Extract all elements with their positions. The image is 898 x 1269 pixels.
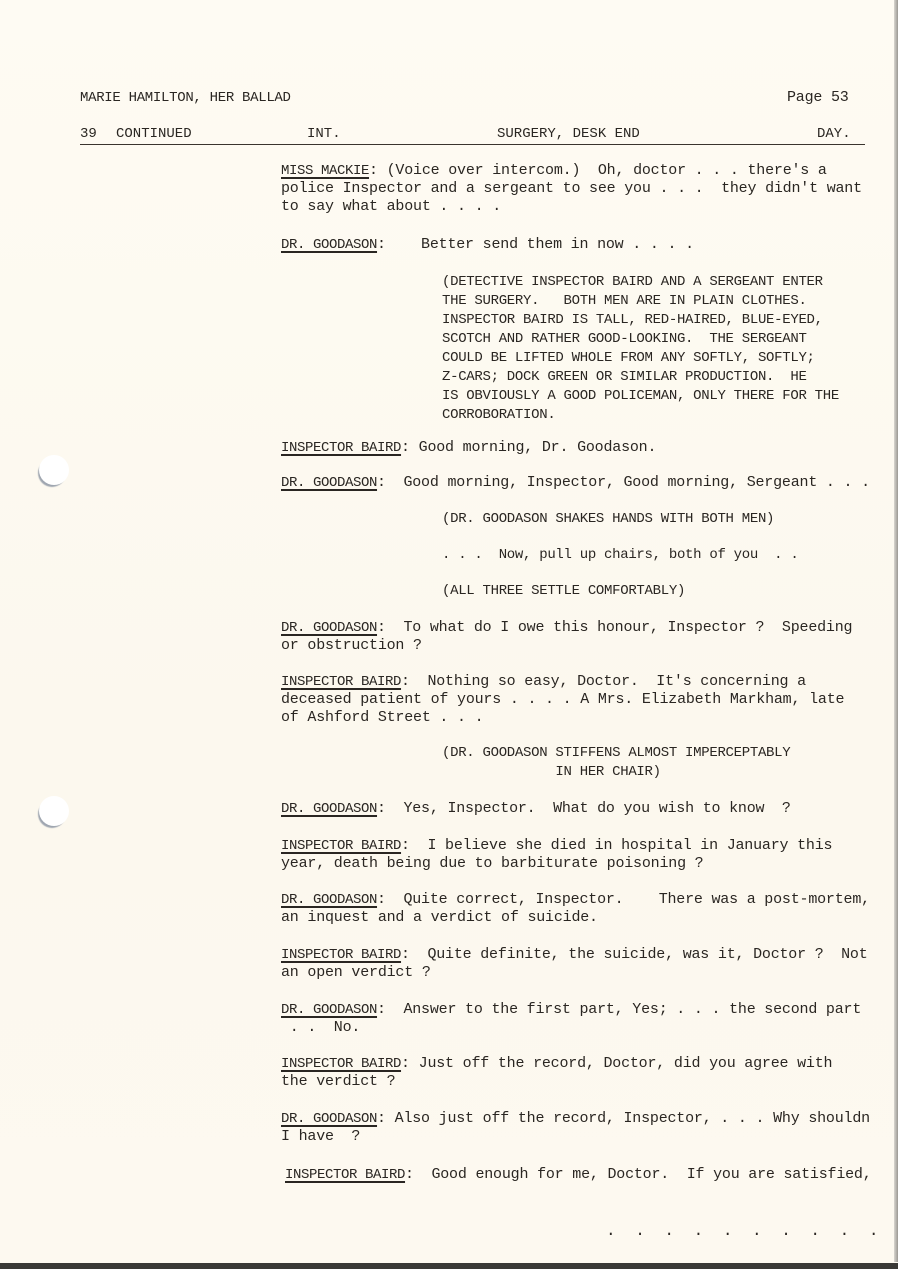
script-line: INSPECTOR BAIRD: Good enough for me, Doc… [285, 1166, 872, 1184]
script-line: to say what about . . . . [281, 198, 862, 216]
speaker-name: INSPECTOR BAIRD [281, 1056, 401, 1072]
dialogue-block: DR. GOODASON: Also just off the record, … [281, 1110, 870, 1146]
speaker-colon: : [377, 474, 386, 491]
speaker-name: INSPECTOR BAIRD [285, 1167, 405, 1183]
script-line: DR. GOODASON: Yes, Inspector. What do yo… [281, 800, 791, 818]
script-line: INSPECTOR BAIRD: Nothing so easy, Doctor… [281, 673, 844, 691]
line-text: or obstruction ? [281, 637, 422, 654]
scene-heading: 39 CONTINUED INT. SURGERY, DESK END DAY. [80, 125, 865, 145]
line-text: Nothing so easy, Doctor. It's concerning… [410, 673, 806, 690]
script-line: or obstruction ? [281, 637, 852, 655]
dialogue-block: MISS MACKIE: (Voice over intercom.) Oh, … [281, 162, 862, 216]
line-text: Quite definite, the suicide, was it, Doc… [410, 946, 868, 963]
script-line: (DR. GOODASON SHAKES HANDS WITH BOTH MEN… [442, 510, 774, 529]
speaker-colon: : [377, 1001, 386, 1018]
script-line: an inquest and a verdict of suicide. [281, 909, 870, 927]
scene-number: 39 [80, 125, 97, 143]
speaker-name: DR. GOODASON [281, 892, 377, 908]
line-text: . . . Now, pull up chairs, both of you .… [442, 547, 798, 563]
line-text: deceased patient of yours . . . . A Mrs.… [281, 691, 844, 708]
script-line: of Ashford Street . . . [281, 709, 844, 727]
stage-direction: (ALL THREE SETTLE COMFORTABLY) [442, 582, 685, 601]
script-line: DR. GOODASON: Good morning, Inspector, G… [281, 474, 870, 492]
line-text: (DETECTIVE INSPECTOR BAIRD AND A SERGEAN… [442, 274, 823, 290]
script-line: INSPECTOR BAIRD: Just off the record, Do… [281, 1055, 832, 1073]
script-line: (ALL THREE SETTLE COMFORTABLY) [442, 582, 685, 601]
line-text: COULD BE LIFTED WHOLE FROM ANY SOFTLY, S… [442, 350, 815, 366]
script-line: deceased patient of yours . . . . A Mrs.… [281, 691, 844, 709]
speaker-name: MISS MACKIE [281, 163, 369, 179]
document-title: MARIE HAMILTON, HER BALLAD [80, 89, 291, 107]
dialogue-block: DR. GOODASON: Quite correct, Inspector. … [281, 891, 870, 927]
script-line: INSPECTOR BAIRD: Good morning, Dr. Gooda… [281, 439, 656, 457]
script-line: the verdict ? [281, 1073, 832, 1091]
script-line: CORROBORATION. [442, 406, 839, 425]
dialogue-block: INSPECTOR BAIRD: Good enough for me, Doc… [285, 1166, 872, 1184]
line-text: I have ? [281, 1128, 360, 1145]
speaker-name: DR. GOODASON [281, 801, 377, 817]
speaker-name: DR. GOODASON [281, 1111, 377, 1127]
scene-heading-rule [80, 144, 865, 145]
line-text: an open verdict ? [281, 964, 431, 981]
script-line: INSPECTOR BAIRD IS TALL, RED-HAIRED, BLU… [442, 311, 839, 330]
line-text: (DR. GOODASON SHAKES HANDS WITH BOTH MEN… [442, 511, 774, 527]
page-number: Page 53 [787, 89, 849, 107]
continuation-marker: . . . . . . . . . . . . / [606, 1222, 898, 1240]
speaker-name: DR. GOODASON [281, 237, 377, 253]
line-text: Also just off the record, Inspector, . .… [386, 1110, 870, 1127]
script-line: year, death being due to barbiturate poi… [281, 855, 832, 873]
line-text: (ALL THREE SETTLE COMFORTABLY) [442, 583, 685, 599]
line-text: SCOTCH AND RATHER GOOD-LOOKING. THE SERG… [442, 331, 807, 347]
script-line: I have ? [281, 1128, 870, 1146]
scene-location: SURGERY, DESK END [497, 125, 640, 143]
script-line: police Inspector and a sergeant to see y… [281, 180, 862, 198]
scene-int-ext: INT. [307, 125, 341, 143]
speaker-colon: : [401, 837, 410, 854]
dialogue-block: INSPECTOR BAIRD: Good morning, Dr. Gooda… [281, 439, 656, 457]
script-line: DR. GOODASON: Quite correct, Inspector. … [281, 891, 870, 909]
stage-direction: . . . Now, pull up chairs, both of you .… [442, 546, 798, 565]
script-line: COULD BE LIFTED WHOLE FROM ANY SOFTLY, S… [442, 349, 839, 368]
script-line: DR. GOODASON: Better send them in now . … [281, 236, 694, 254]
script-line: . . . Now, pull up chairs, both of you .… [442, 546, 798, 565]
line-text: (DR. GOODASON STIFFENS ALMOST IMPERCEPTA… [442, 745, 790, 761]
speaker-name: INSPECTOR BAIRD [281, 674, 401, 690]
line-text: THE SURGERY. BOTH MEN ARE IN PLAIN CLOTH… [442, 293, 807, 309]
speaker-name: DR. GOODASON [281, 1002, 377, 1018]
dialogue-block: INSPECTOR BAIRD: Quite definite, the sui… [281, 946, 868, 982]
script-line: IN HER CHAIR) [442, 763, 790, 782]
dialogue-block: INSPECTOR BAIRD: Just off the record, Do… [281, 1055, 832, 1091]
dialogue-block: DR. GOODASON: Better send them in now . … [281, 236, 694, 254]
line-text: to say what about . . . . [281, 198, 501, 215]
line-text: Yes, Inspector. What do you wish to know… [386, 800, 791, 817]
script-line: DR. GOODASON: Answer to the first part, … [281, 1001, 861, 1019]
line-text: . . No. [281, 1019, 360, 1036]
script-line: . . No. [281, 1019, 861, 1037]
line-text: Better send them in now . . . . [386, 236, 694, 253]
speaker-name: DR. GOODASON [281, 620, 377, 636]
punch-hole-upper [39, 455, 69, 485]
line-text: of Ashford Street . . . [281, 709, 483, 726]
line-text: an inquest and a verdict of suicide. [281, 909, 598, 926]
script-line: INSPECTOR BAIRD: Quite definite, the sui… [281, 946, 868, 964]
line-text: Just off the record, Doctor, did you agr… [410, 1055, 832, 1072]
speaker-colon: : [369, 162, 378, 179]
line-text: (Voice over intercom.) Oh, doctor . . . … [378, 162, 827, 179]
script-page: MARIE HAMILTON, HER BALLAD Page 53 39 CO… [0, 0, 898, 1269]
dialogue-block: DR. GOODASON: Yes, Inspector. What do yo… [281, 800, 791, 818]
line-text: Good morning, Inspector, Good morning, S… [386, 474, 870, 491]
script-line: SCOTCH AND RATHER GOOD-LOOKING. THE SERG… [442, 330, 839, 349]
line-text: Z-CARS; DOCK GREEN OR SIMILAR PRODUCTION… [442, 369, 807, 385]
line-text: the verdict ? [281, 1073, 395, 1090]
speaker-name: DR. GOODASON [281, 475, 377, 491]
line-text: I believe she died in hospital in Januar… [410, 837, 832, 854]
line-text: year, death being due to barbiturate poi… [281, 855, 703, 872]
speaker-colon: : [401, 439, 410, 456]
dialogue-block: DR. GOODASON: Answer to the first part, … [281, 1001, 861, 1037]
stage-direction: (DR. GOODASON SHAKES HANDS WITH BOTH MEN… [442, 510, 774, 529]
script-line: IS OBVIOUSLY A GOOD POLICEMAN, ONLY THER… [442, 387, 839, 406]
line-text: IN HER CHAIR) [442, 764, 661, 780]
dialogue-block: INSPECTOR BAIRD: I believe she died in h… [281, 837, 832, 873]
scene-status: CONTINUED [116, 125, 192, 143]
script-line: Z-CARS; DOCK GREEN OR SIMILAR PRODUCTION… [442, 368, 839, 387]
speaker-colon: : [377, 236, 386, 253]
page-edge-right [894, 0, 898, 1262]
line-text: police Inspector and a sergeant to see y… [281, 180, 862, 197]
speaker-colon: : [377, 891, 386, 908]
page-edge-bottom [0, 1263, 898, 1269]
script-line: MISS MACKIE: (Voice over intercom.) Oh, … [281, 162, 862, 180]
script-line: (DETECTIVE INSPECTOR BAIRD AND A SERGEAN… [442, 273, 839, 292]
dialogue-block: DR. GOODASON: Good morning, Inspector, G… [281, 474, 870, 492]
speaker-colon: : [377, 619, 386, 636]
script-line: THE SURGERY. BOTH MEN ARE IN PLAIN CLOTH… [442, 292, 839, 311]
line-text: Quite correct, Inspector. There was a po… [386, 891, 870, 908]
speaker-colon: : [377, 800, 386, 817]
line-text: Answer to the first part, Yes; . . . the… [386, 1001, 861, 1018]
stage-direction: (DR. GOODASON STIFFENS ALMOST IMPERCEPTA… [442, 744, 790, 782]
punch-hole-lower [39, 796, 69, 826]
line-text: To what do I owe this honour, Inspector … [386, 619, 852, 636]
dialogue-block: INSPECTOR BAIRD: Nothing so easy, Doctor… [281, 673, 844, 727]
speaker-colon: : [401, 673, 410, 690]
line-text: IS OBVIOUSLY A GOOD POLICEMAN, ONLY THER… [442, 388, 839, 404]
script-line: an open verdict ? [281, 964, 868, 982]
speaker-colon: : [405, 1166, 414, 1183]
line-text: Good enough for me, Doctor. If you are s… [414, 1166, 872, 1183]
speaker-name: INSPECTOR BAIRD [281, 838, 401, 854]
dialogue-block: DR. GOODASON: To what do I owe this hono… [281, 619, 852, 655]
speaker-colon: : [401, 1055, 410, 1072]
stage-direction: (DETECTIVE INSPECTOR BAIRD AND A SERGEAN… [442, 273, 839, 425]
script-line: (DR. GOODASON STIFFENS ALMOST IMPERCEPTA… [442, 744, 790, 763]
script-line: INSPECTOR BAIRD: I believe she died in h… [281, 837, 832, 855]
line-text: INSPECTOR BAIRD IS TALL, RED-HAIRED, BLU… [442, 312, 823, 328]
line-text: CORROBORATION. [442, 407, 555, 423]
line-text: Good morning, Dr. Goodason. [410, 439, 656, 456]
scene-time: DAY. [817, 125, 851, 143]
speaker-colon: : [401, 946, 410, 963]
speaker-colon: : [377, 1110, 386, 1127]
script-line: DR. GOODASON: Also just off the record, … [281, 1110, 870, 1128]
script-line: DR. GOODASON: To what do I owe this hono… [281, 619, 852, 637]
speaker-name: INSPECTOR BAIRD [281, 947, 401, 963]
speaker-name: INSPECTOR BAIRD [281, 440, 401, 456]
